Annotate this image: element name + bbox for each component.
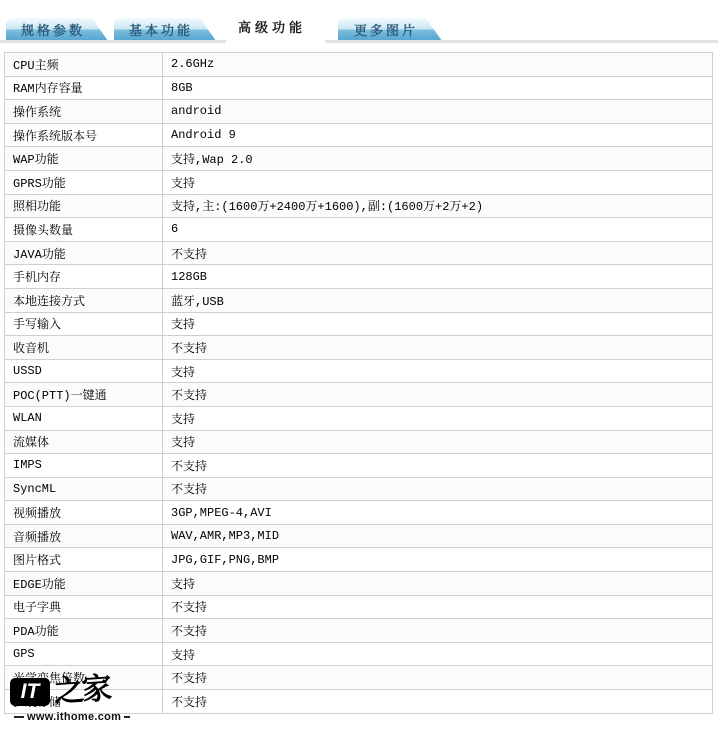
spec-value: 8GB	[163, 76, 713, 100]
table-row: 电子字典不支持	[5, 595, 713, 619]
table-row: PDA功能不支持	[5, 619, 713, 643]
spec-label: 流媒体	[5, 430, 163, 454]
spec-label: 操作系统版本号	[5, 123, 163, 147]
table-row: 摄像头数量6	[5, 218, 713, 242]
ithome-logo-icon: IT	[10, 678, 50, 706]
spec-value: 支持	[163, 430, 713, 454]
spec-label: RAM内存容量	[5, 76, 163, 100]
table-row: 本地连接方式蓝牙,USB	[5, 288, 713, 312]
spec-label: 手写输入	[5, 312, 163, 336]
table-row: POC(PTT)一键通不支持	[5, 383, 713, 407]
table-row: SyncML不支持	[5, 477, 713, 501]
spec-value: 不支持	[163, 690, 713, 714]
advanced-features-table: CPU主频2.6GHz RAM内存容量8GB 操作系统android 操作系统版…	[4, 52, 713, 714]
spec-value: 3GP,MPEG-4,AVI	[163, 501, 713, 525]
spec-value: 不支持	[163, 619, 713, 643]
spec-value: 不支持	[163, 477, 713, 501]
table-row: GPS支持	[5, 642, 713, 666]
table-row: JAVA功能不支持	[5, 241, 713, 265]
table-row: 流媒体支持	[5, 430, 713, 454]
spec-value: 不支持	[163, 336, 713, 360]
table-row: 操作系统版本号Android 9	[5, 123, 713, 147]
spec-value: 6	[163, 218, 713, 242]
spec-value: 不支持	[163, 383, 713, 407]
spec-label: 视频播放	[5, 501, 163, 525]
table-row: 收音机不支持	[5, 336, 713, 360]
spec-label: GPS	[5, 642, 163, 666]
spec-label: JAVA功能	[5, 241, 163, 265]
table-row: WLAN支持	[5, 406, 713, 430]
tab-basic-functions[interactable]: 基本功能	[114, 18, 216, 41]
spec-value: 支持	[163, 170, 713, 194]
spec-label: 图片格式	[5, 548, 163, 572]
table-row: RAM内存容量8GB	[5, 76, 713, 100]
spec-value: 支持	[163, 572, 713, 596]
spec-value: 支持,Wap 2.0	[163, 147, 713, 171]
spec-value: WAV,AMR,MP3,MID	[163, 524, 713, 548]
spec-label: PDA功能	[5, 619, 163, 643]
tab-advanced-functions[interactable]: 高级功能	[226, 10, 326, 43]
spec-label: GPRS功能	[5, 170, 163, 194]
ithome-logo-text: 之家	[53, 672, 111, 709]
spec-value: 支持	[163, 359, 713, 383]
spec-label: 摄像头数量	[5, 218, 163, 242]
spec-label: CPU主频	[5, 53, 163, 77]
spec-value: android	[163, 100, 713, 124]
spec-value: 128GB	[163, 265, 713, 289]
table-row: 操作系统android	[5, 100, 713, 124]
spec-value: Android 9	[163, 123, 713, 147]
spec-label: 照相功能	[5, 194, 163, 218]
spec-value: 支持	[163, 406, 713, 430]
tab-label: 基本功能	[129, 20, 193, 39]
tab-bar: 规格参数 基本功能 高级功能 更多图片	[0, 0, 728, 52]
tab-spec-params[interactable]: 规格参数	[6, 18, 108, 41]
tab-label: 高级功能	[238, 17, 306, 36]
ithome-url: www.ithome.com	[14, 711, 130, 723]
spec-label: 收音机	[5, 336, 163, 360]
table-row: IMPS不支持	[5, 454, 713, 478]
spec-label: 电子字典	[5, 595, 163, 619]
tenaa-advanced-features-page: 规格参数 基本功能 高级功能 更多图片 CPU主频2.6GHz RAM内存容量8…	[0, 0, 728, 745]
spec-value: 支持	[163, 642, 713, 666]
spec-label: 本地连接方式	[5, 288, 163, 312]
table-row: 照相功能支持,主:(1600万+2400万+1600),副:(1600万+2万+…	[5, 194, 713, 218]
table-row: 手机内存128GB	[5, 265, 713, 289]
table-row: 图片格式JPG,GIF,PNG,BMP	[5, 548, 713, 572]
tab-more-images[interactable]: 更多图片	[338, 18, 442, 41]
spec-value: 不支持	[163, 595, 713, 619]
ithome-watermark: IT 之家 www.ithome.com	[10, 674, 130, 723]
spec-value: 蓝牙,USB	[163, 288, 713, 312]
spec-value: JPG,GIF,PNG,BMP	[163, 548, 713, 572]
spec-label: 音频播放	[5, 524, 163, 548]
table-row: 视频播放3GP,MPEG-4,AVI	[5, 501, 713, 525]
table-row: USSD支持	[5, 359, 713, 383]
table-row: WAP功能支持,Wap 2.0	[5, 147, 713, 171]
tab-label: 更多图片	[354, 20, 418, 39]
spec-label: USSD	[5, 359, 163, 383]
spec-label: SyncML	[5, 477, 163, 501]
spec-value: 支持	[163, 312, 713, 336]
spec-label: 手机内存	[5, 265, 163, 289]
table-row: 音频播放WAV,AMR,MP3,MID	[5, 524, 713, 548]
table-row: EDGE功能支持	[5, 572, 713, 596]
spec-value: 支持,主:(1600万+2400万+1600),副:(1600万+2万+2)	[163, 194, 713, 218]
spec-label: 操作系统	[5, 100, 163, 124]
spec-label: EDGE功能	[5, 572, 163, 596]
spec-label: IMPS	[5, 454, 163, 478]
spec-label: WLAN	[5, 406, 163, 430]
spec-label: WAP功能	[5, 147, 163, 171]
spec-value: 2.6GHz	[163, 53, 713, 77]
spec-value: 不支持	[163, 454, 713, 478]
spec-value: 不支持	[163, 241, 713, 265]
table-row: GPRS功能支持	[5, 170, 713, 194]
tab-strip-divider	[0, 40, 718, 43]
spec-label: POC(PTT)一键通	[5, 383, 163, 407]
tab-label: 规格参数	[21, 20, 85, 39]
table-row: CPU主频2.6GHz	[5, 53, 713, 77]
spec-value: 不支持	[163, 666, 713, 690]
table-row: 手写输入支持	[5, 312, 713, 336]
